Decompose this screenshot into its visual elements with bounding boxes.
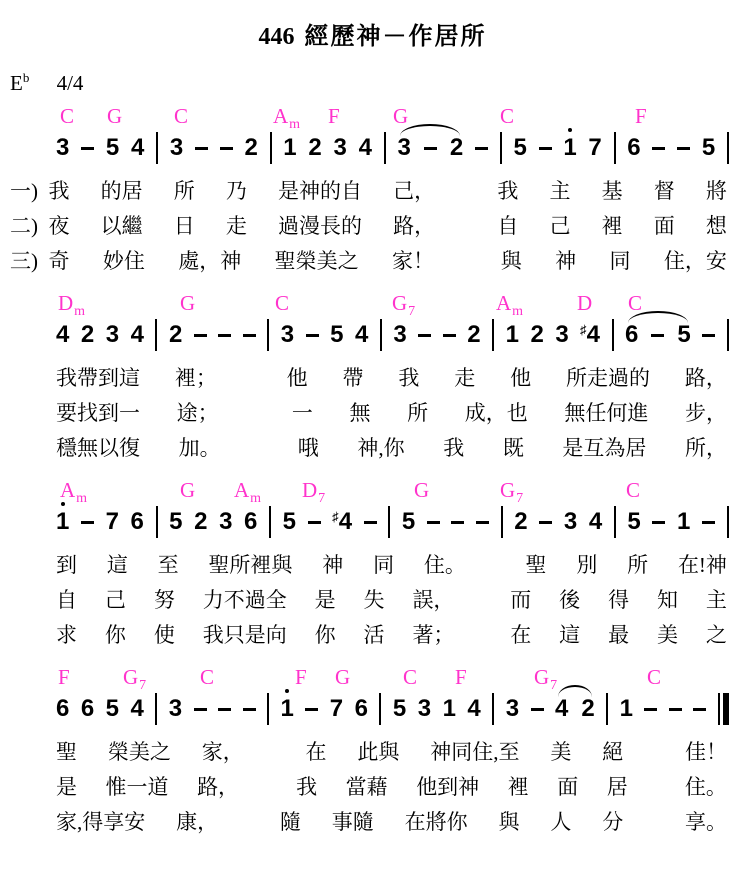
note: 4 xyxy=(589,510,602,534)
lyric-syllable: 己 xyxy=(105,583,126,618)
lyric-syllable: 到 xyxy=(56,548,77,583)
key-signature: Eb xyxy=(10,71,29,95)
chord-symbol: C xyxy=(174,104,188,128)
lyric-syllable: 裡 xyxy=(508,770,529,805)
duration-dash xyxy=(443,334,456,337)
chord-symbol: Am xyxy=(273,104,300,132)
lyric-syllable: 三) 奇 xyxy=(10,244,70,279)
lyrics-block: 一) 我的居所乃是神的自己，我主基督將二) 夜以繼日走過漫長的路，自己裡面想三)… xyxy=(0,174,745,279)
lyric-syllable: 面 xyxy=(654,209,675,244)
lyric-syllable: 自 xyxy=(56,583,77,618)
barline xyxy=(492,693,494,725)
chord-symbol: Am xyxy=(234,478,261,506)
lyric-syllable: 我 xyxy=(443,431,464,466)
chord-subscript: 7 xyxy=(550,678,557,693)
barline xyxy=(612,319,614,351)
chord-subscript: 7 xyxy=(408,304,415,319)
barline xyxy=(270,132,272,164)
chord-subscript: m xyxy=(250,491,261,506)
note: 3 xyxy=(397,136,410,160)
lyric-syllable: 美 xyxy=(550,735,571,770)
barline xyxy=(500,132,502,164)
lyric-syllable: 所， xyxy=(685,431,727,466)
lyric-line: 穩無以復加。哦神,你我既是互為居所， xyxy=(0,431,745,466)
lyric-syllable: 一) 我 xyxy=(10,174,70,209)
note-high-octave: 1 xyxy=(563,136,576,160)
lyric-syllable: 誤， xyxy=(412,583,454,618)
lyric-syllable: 一 xyxy=(292,396,313,431)
note: 3 xyxy=(555,323,568,347)
lyric-syllable: 所 xyxy=(627,548,648,583)
barline xyxy=(269,506,271,538)
barline xyxy=(492,319,494,351)
chord-row: AmGAmD7GG7C xyxy=(0,478,745,504)
duration-dash xyxy=(418,334,431,337)
note: 1 xyxy=(506,323,519,347)
note: 5 xyxy=(283,510,296,534)
note: 3 xyxy=(564,510,577,534)
note: 4 xyxy=(56,323,69,347)
lyric-line: 求你使我只是向你活著；在這最美之 xyxy=(0,618,745,653)
lyric-syllable: 穩無以復 xyxy=(56,431,140,466)
duration-dash xyxy=(677,147,690,150)
chord-symbol: F xyxy=(635,104,647,128)
lyric-syllable: 主 xyxy=(550,174,571,209)
lyric-syllable: 神同住,至 xyxy=(430,735,519,770)
lyric-syllable: 是 xyxy=(56,770,77,805)
lyric-syllable: 榮美之 xyxy=(108,735,171,770)
lyric-syllable: 既 xyxy=(503,431,524,466)
time-signature: 4/4 xyxy=(57,71,84,95)
lyric-syllable: 而 xyxy=(510,583,531,618)
note-high-octave: 1 xyxy=(56,510,69,534)
lyric-line: 家,得享安康，隨事隨在將你與人分享。 xyxy=(0,805,745,840)
hymn-title: 經歷神－作居所 xyxy=(305,24,487,50)
lyric-syllable: 人 xyxy=(550,805,571,840)
music-system-4: FG7CFGCFG7C6654317653143421聖榮美之家，在此與神同住,… xyxy=(0,665,745,840)
note: 2 xyxy=(514,510,527,534)
lyric-syllable: 康， xyxy=(176,805,218,840)
note: 2 xyxy=(244,136,257,160)
chord-symbol: G xyxy=(107,104,122,128)
lyric-syllable: 己， xyxy=(393,174,435,209)
chord-symbol: Am xyxy=(496,291,523,319)
note: 2 xyxy=(194,510,207,534)
lyric-syllable: 失 xyxy=(364,583,385,618)
chord-symbol: G xyxy=(180,478,195,502)
chord-subscript: 7 xyxy=(318,491,325,506)
barline xyxy=(156,506,158,538)
lyric-syllable: 成，也 xyxy=(465,396,528,431)
lyric-syllable: 使 xyxy=(154,618,175,653)
lyrics-block: 聖榮美之家，在此與神同住,至美絕佳！是惟一道路，我當藉他到神裡面居住。家,得享安… xyxy=(0,735,745,840)
barline xyxy=(155,319,157,351)
duration-dash xyxy=(539,147,552,150)
lyric-syllable: 住，安 xyxy=(664,244,727,279)
flat-accidental: b xyxy=(23,70,30,85)
key-letter: E xyxy=(10,71,23,95)
lyric-line: 三) 奇妙住處，神聖榮美之家！與神同住，安 xyxy=(0,244,745,279)
sharp-sign: ♯ xyxy=(332,509,339,524)
lyric-syllable: 將 xyxy=(706,174,727,209)
chord-subscript: m xyxy=(512,304,523,319)
barline xyxy=(384,132,386,164)
lyric-syllable: 走 xyxy=(226,209,247,244)
note: 6 xyxy=(56,697,69,721)
lyric-line: 一) 我的居所乃是神的自己，我主基督將 xyxy=(0,174,745,209)
duration-dash xyxy=(476,521,489,524)
lyric-syllable: 佳！ xyxy=(685,735,727,770)
chord-symbol: G7 xyxy=(500,478,523,506)
chord-row: CGCAmFGCF xyxy=(0,104,745,130)
lyric-syllable: 無任何進 xyxy=(564,396,648,431)
duration-dash xyxy=(218,708,231,711)
note: 2 xyxy=(581,697,594,721)
chord-symbol: C xyxy=(200,665,214,689)
lyric-syllable: 住。 xyxy=(424,548,466,583)
duration-dash xyxy=(81,521,94,524)
lyric-syllable: 享。 xyxy=(685,805,727,840)
lyric-syllable: 我 xyxy=(398,361,419,396)
chord-symbol: G7 xyxy=(123,665,146,693)
lyric-syllable: 聖榮美之 xyxy=(275,244,359,279)
lyric-syllable: 的居 xyxy=(101,174,143,209)
lyric-syllable: 我 xyxy=(497,174,518,209)
notation-row: 17652365♯4523451 xyxy=(0,504,745,540)
chord-symbol: G7 xyxy=(392,291,415,319)
duration-dash xyxy=(424,147,437,150)
note: 2 xyxy=(467,323,480,347)
chord-symbol: F xyxy=(295,665,307,689)
duration-dash xyxy=(305,708,318,711)
note: 2 xyxy=(169,323,182,347)
lyric-syllable: 自 xyxy=(497,209,518,244)
chord-subscript: 7 xyxy=(516,491,523,506)
lyric-syllable: 我 xyxy=(296,770,317,805)
lyric-syllable: 家,得享安 xyxy=(56,805,145,840)
lyric-syllable: 妙住 xyxy=(103,244,145,279)
final-barline-thin xyxy=(718,693,720,725)
lyric-syllable: 面 xyxy=(557,770,578,805)
chord-symbol: F xyxy=(58,665,70,689)
lyric-syllable: 加。 xyxy=(179,431,221,466)
notation-row: 3543212343251765 xyxy=(0,130,745,166)
lyric-syllable: 日 xyxy=(174,209,195,244)
note: 1 xyxy=(443,697,456,721)
barline xyxy=(727,506,729,538)
duration-dash xyxy=(702,334,715,337)
duration-dash xyxy=(220,147,233,150)
note: 3 xyxy=(281,323,294,347)
duration-dash xyxy=(539,521,552,524)
lyric-syllable: 我只是向 xyxy=(203,618,287,653)
duration-dash xyxy=(669,708,682,711)
chord-symbol: C xyxy=(647,665,661,689)
lyric-syllable: 走 xyxy=(454,361,475,396)
key-signature-row: Eb 4/4 xyxy=(0,64,745,92)
lyric-syllable: 在 xyxy=(306,735,327,770)
lyric-syllable: 居 xyxy=(607,770,628,805)
note: 3 xyxy=(506,697,519,721)
lyric-line: 我帶到這裡；他帶我走他所走過的路， xyxy=(0,361,745,396)
chord-symbol: G xyxy=(393,104,408,128)
lyric-syllable: 途； xyxy=(177,396,219,431)
chord-symbol: G xyxy=(180,291,195,315)
lyric-syllable: 路， xyxy=(393,209,435,244)
lyric-syllable: 美 xyxy=(657,618,678,653)
note: 5 xyxy=(330,323,343,347)
lyric-syllable: 之 xyxy=(706,618,727,653)
duration-dash xyxy=(364,521,377,524)
duration-dash xyxy=(652,521,665,524)
lyric-syllable: 哦 xyxy=(298,431,319,466)
lyric-syllable: 聖 xyxy=(526,548,547,583)
chord-symbol: G7 xyxy=(534,665,557,693)
lyric-syllable: 此與 xyxy=(357,735,399,770)
lyric-syllable: 努 xyxy=(154,583,175,618)
note: 6 xyxy=(627,136,640,160)
note: 3 xyxy=(334,136,347,160)
barline xyxy=(379,693,381,725)
lyric-syllable: 是 xyxy=(315,583,336,618)
lyric-syllable: 無 xyxy=(350,396,371,431)
chord-subscript: m xyxy=(74,304,85,319)
lyric-syllable: 他 xyxy=(510,361,531,396)
lyric-syllable: 分 xyxy=(602,805,623,840)
lyric-syllable: 所走過的 xyxy=(566,361,650,396)
barline xyxy=(614,506,616,538)
lyric-syllable: 路， xyxy=(685,361,727,396)
note: 4 xyxy=(355,323,368,347)
hymn-sheet: 446經歷神－作居所 Eb 4/4 CGCAmFGCF3543212343251… xyxy=(0,0,745,883)
barline xyxy=(267,693,269,725)
chord-symbol: C xyxy=(60,104,74,128)
lyric-syllable: 我帶到這 xyxy=(56,361,140,396)
lyric-syllable: 基 xyxy=(602,174,623,209)
lyric-syllable: 求 xyxy=(56,618,77,653)
note: 4 xyxy=(359,136,372,160)
duration-dash xyxy=(427,521,440,524)
lyric-syllable: 著； xyxy=(412,618,454,653)
note: 2 xyxy=(81,323,94,347)
chord-symbol: G xyxy=(335,665,350,689)
chord-symbol: C xyxy=(500,104,514,128)
duration-dash xyxy=(702,521,715,524)
lyric-line: 二) 夜以繼日走過漫長的路，自己裡面想 xyxy=(0,209,745,244)
notation-row: 6654317653143421 xyxy=(0,691,745,727)
barline xyxy=(606,693,608,725)
lyric-syllable: 想 xyxy=(706,209,727,244)
note: 3 xyxy=(219,510,232,534)
note: 5 xyxy=(402,510,415,534)
lyric-line: 到這至聖所裡與神同住。聖別所在!神 xyxy=(0,548,745,583)
note: 5 xyxy=(513,136,526,160)
lyric-syllable: 活 xyxy=(364,618,385,653)
lyric-syllable: 主 xyxy=(706,583,727,618)
note: 7 xyxy=(106,510,119,534)
lyric-syllable: 是互為居 xyxy=(562,431,646,466)
sharp-sign: ♯ xyxy=(580,322,587,337)
lyric-syllable: 神,你 xyxy=(357,431,404,466)
lyric-syllable: 至 xyxy=(158,548,179,583)
barline xyxy=(156,132,158,164)
note-high-octave: 1 xyxy=(280,697,293,721)
lyric-syllable: 同 xyxy=(373,548,394,583)
lyric-syllable: 事隨 xyxy=(332,805,374,840)
note: ♯4 xyxy=(580,323,600,347)
tie-group: 65 xyxy=(625,323,691,347)
duration-dash xyxy=(652,147,665,150)
lyric-syllable: 他到神 xyxy=(416,770,479,805)
lyric-syllable: 在 xyxy=(510,618,531,653)
notation-row: 4234235432123♯465 xyxy=(0,317,745,353)
tie-group: 42 xyxy=(555,697,595,721)
note: 4 xyxy=(130,697,143,721)
lyric-syllable: 帶 xyxy=(343,361,364,396)
lyric-syllable: 與 xyxy=(499,805,520,840)
duration-dash xyxy=(195,147,208,150)
lyric-syllable: 最 xyxy=(608,618,629,653)
note: 5 xyxy=(106,697,119,721)
duration-dash xyxy=(243,334,256,337)
music-system-1: CGCAmFGCF3543212343251765一) 我的居所乃是神的自己，我… xyxy=(0,104,745,279)
lyric-syllable: 路， xyxy=(197,770,239,805)
tie-group: 32 xyxy=(397,136,463,160)
note: 7 xyxy=(588,136,601,160)
barline xyxy=(155,693,157,725)
lyric-syllable: 家！ xyxy=(392,244,434,279)
lyric-syllable: 督 xyxy=(654,174,675,209)
note: 1 xyxy=(283,136,296,160)
duration-dash xyxy=(651,334,664,337)
lyric-syllable: 你 xyxy=(315,618,336,653)
lyric-syllable: 得 xyxy=(608,583,629,618)
duration-dash xyxy=(451,521,464,524)
final-barline-thick xyxy=(723,693,729,725)
chord-symbol: F xyxy=(328,104,340,128)
note: 6 xyxy=(625,323,638,347)
duration-dash xyxy=(81,147,94,150)
chord-symbol: G xyxy=(414,478,429,502)
lyric-syllable: 同 xyxy=(610,244,631,279)
lyric-syllable: 住。 xyxy=(685,770,727,805)
lyric-syllable: 在!神 xyxy=(678,548,727,583)
note: ♯4 xyxy=(332,510,352,534)
lyric-syllable: 當藉 xyxy=(346,770,388,805)
music-systems: CGCAmFGCF3543212343251765一) 我的居所乃是神的自己，我… xyxy=(0,104,745,840)
note: 5 xyxy=(627,510,640,534)
note: 6 xyxy=(355,697,368,721)
barline xyxy=(501,506,503,538)
lyric-syllable: 絕 xyxy=(602,735,623,770)
lyric-syllable: 所 xyxy=(174,174,195,209)
lyric-syllable: 聖所裡與 xyxy=(208,548,292,583)
lyric-syllable: 力不過全 xyxy=(203,583,287,618)
note: 5 xyxy=(393,697,406,721)
chord-symbol: C xyxy=(626,478,640,502)
lyric-syllable: 你 xyxy=(105,618,126,653)
lyric-syllable: 後 xyxy=(559,583,580,618)
chord-row: DmGCG7AmDC xyxy=(0,291,745,317)
barline xyxy=(380,319,382,351)
lyric-syllable: 處，神 xyxy=(178,244,241,279)
note: 5 xyxy=(702,136,715,160)
lyric-syllable: 要找到一 xyxy=(56,396,140,431)
note: 3 xyxy=(169,697,182,721)
note: 3 xyxy=(393,323,406,347)
barline xyxy=(727,319,729,351)
lyric-syllable: 家， xyxy=(202,735,244,770)
note: 5 xyxy=(169,510,182,534)
chord-subscript: 7 xyxy=(139,678,146,693)
duration-dash xyxy=(194,334,207,337)
duration-dash xyxy=(531,708,544,711)
lyric-syllable: 他 xyxy=(287,361,308,396)
duration-dash xyxy=(194,708,207,711)
lyric-syllable: 知 xyxy=(657,583,678,618)
hymn-title-row: 446經歷神－作居所 xyxy=(0,0,745,54)
lyric-syllable: 神 xyxy=(555,244,576,279)
duration-dash xyxy=(644,708,657,711)
note: 4 xyxy=(467,697,480,721)
lyric-syllable: 二) 夜 xyxy=(10,209,70,244)
barline xyxy=(727,132,729,164)
lyric-syllable: 隨 xyxy=(280,805,301,840)
lyric-line: 要找到一途；一無所成，也無任何進步， xyxy=(0,396,745,431)
lyric-syllable: 裡； xyxy=(175,361,217,396)
lyrics-block: 到這至聖所裡與神同住。聖別所在!神自己努力不過全是失誤，而後得知主求你使我只是向… xyxy=(0,548,745,653)
lyric-syllable: 神 xyxy=(322,548,343,583)
note: 7 xyxy=(330,697,343,721)
lyric-syllable: 聖 xyxy=(56,735,77,770)
note: 2 xyxy=(450,136,463,160)
duration-dash xyxy=(218,334,231,337)
chord-subscript: m xyxy=(289,117,300,132)
duration-dash xyxy=(475,147,488,150)
barline xyxy=(267,319,269,351)
note: 3 xyxy=(56,136,69,160)
note: 1 xyxy=(677,510,690,534)
chord-symbol: D xyxy=(577,291,592,315)
lyric-line: 是惟一道路，我當藉他到神裡面居住。 xyxy=(0,770,745,805)
note: 3 xyxy=(170,136,183,160)
lyric-syllable: 己 xyxy=(550,209,571,244)
barline xyxy=(614,132,616,164)
note: 2 xyxy=(530,323,543,347)
lyrics-block: 我帶到這裡；他帶我走他所走過的路，要找到一途；一無所成，也無任何進步，穩無以復加… xyxy=(0,361,745,466)
note: 3 xyxy=(418,697,431,721)
duration-dash xyxy=(308,521,321,524)
note: 2 xyxy=(308,136,321,160)
hymn-number: 446 xyxy=(259,24,295,50)
note: 6 xyxy=(131,510,144,534)
duration-dash xyxy=(306,334,319,337)
lyric-syllable: 惟一道 xyxy=(106,770,169,805)
chord-symbol: Dm xyxy=(58,291,85,319)
note: 3 xyxy=(106,323,119,347)
lyric-syllable: 這 xyxy=(559,618,580,653)
note: 4 xyxy=(555,697,568,721)
chord-symbol: C xyxy=(628,291,642,315)
barline xyxy=(388,506,390,538)
duration-dash xyxy=(693,708,706,711)
chord-subscript: m xyxy=(76,491,87,506)
lyric-line: 聖榮美之家，在此與神同住,至美絕佳！ xyxy=(0,735,745,770)
note: 5 xyxy=(677,323,690,347)
lyric-syllable: 過漫長的 xyxy=(278,209,362,244)
lyric-syllable: 這 xyxy=(107,548,128,583)
lyric-syllable: 裡 xyxy=(602,209,623,244)
